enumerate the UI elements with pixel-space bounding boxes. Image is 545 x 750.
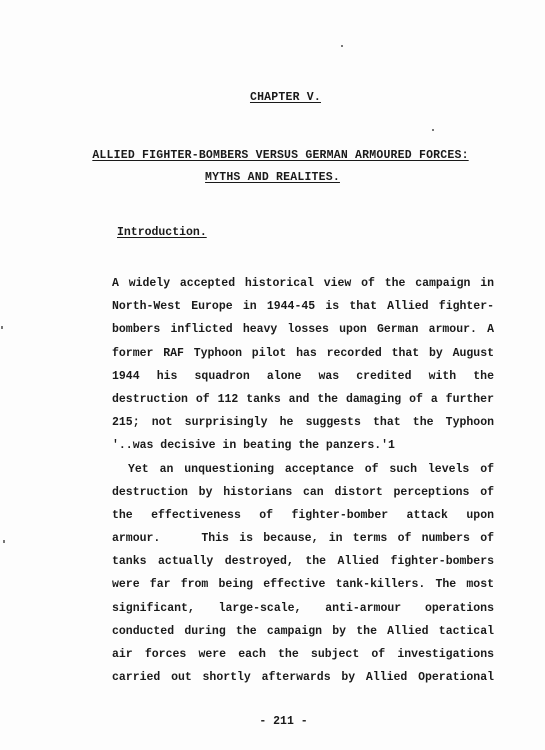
page-number: - 211 - <box>0 715 545 728</box>
body-line: tanks actually destroyed, the Allied fig… <box>112 554 494 577</box>
body-text: A widely accepted historical view of the… <box>112 276 494 693</box>
body-line: 215; not surprisingly he suggests that t… <box>112 415 494 438</box>
body-line: destruction of 112 tanks and the damagin… <box>112 392 494 415</box>
chapter-title-line-1: ALLIED FIGHTER-BOMBERS VERSUS GERMAN ARM… <box>8 149 545 162</box>
body-line: Yet an unquestioning acceptance of such … <box>112 462 494 485</box>
body-line: air forces were each the subject of inve… <box>112 647 494 670</box>
body-line: North-West Europe in 1944-45 is that All… <box>112 299 494 322</box>
body-line: bombers inflicted heavy losses upon Germ… <box>112 322 494 345</box>
body-line: former RAF Typhoon pilot has recorded th… <box>112 346 494 369</box>
chapter-heading: CHAPTER V. <box>13 91 545 104</box>
body-line: the effectiveness of fighter-bomber atta… <box>112 508 494 531</box>
scan-speck <box>3 540 5 543</box>
body-line: significant, large-scale, anti-armour op… <box>112 601 494 624</box>
body-line: conducted during the campaign by the All… <box>112 624 494 647</box>
body-line: '..was decisive in beating the panzers.'… <box>112 438 494 461</box>
body-line: carried out shortly afterwards by Allied… <box>112 670 494 693</box>
scan-speck <box>432 129 434 131</box>
chapter-title-line-2: MYTHS AND REALITES. <box>0 171 545 184</box>
section-heading: Introduction. <box>117 226 207 239</box>
body-line: armour. This is because, in terms of num… <box>112 531 494 554</box>
document-page: CHAPTER V. ALLIED FIGHTER-BOMBERS VERSUS… <box>0 0 545 750</box>
body-line: were far from being effective tank-kille… <box>112 577 494 600</box>
body-line: 1944 his squadron alone was credited wit… <box>112 369 494 392</box>
scan-speck <box>341 45 343 47</box>
body-line: destruction by historians can distort pe… <box>112 485 494 508</box>
scan-speck <box>1 326 3 329</box>
body-line: A widely accepted historical view of the… <box>112 276 494 299</box>
